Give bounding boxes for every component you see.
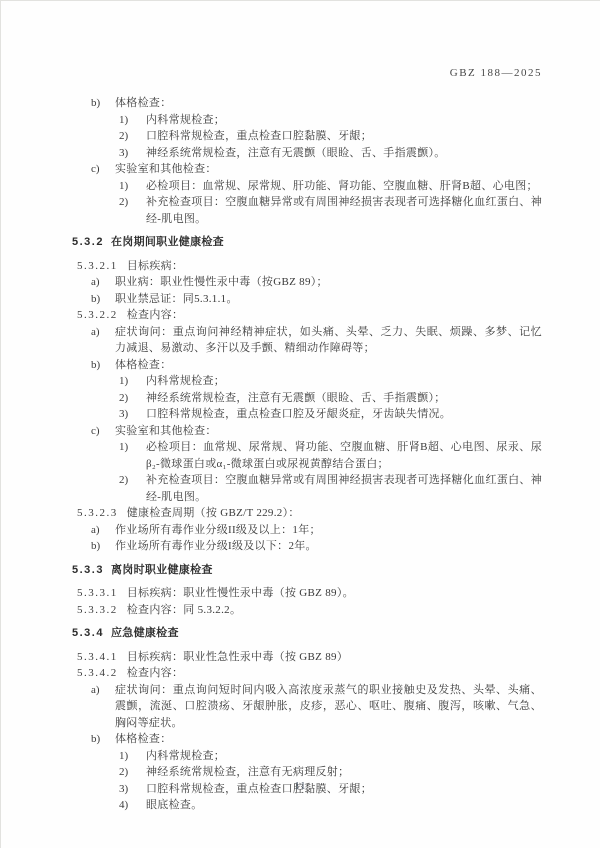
item-text: 应急健康检查: [111, 625, 179, 642]
clause-number: 5.3.4.1: [77, 649, 118, 666]
lettered-list-item: a)作业场所有毒作业分级II级及以上：1年；: [91, 522, 542, 539]
item-label: b): [91, 731, 115, 748]
item-text: 职业病：职业性慢性汞中毒（按GBZ 89）；: [115, 274, 328, 291]
subsection-heading: 5.3.2.3健康检查周期（按 GBZ/T 229.2）：: [77, 505, 542, 522]
lettered-list-item: c)实验室和其他检查：: [91, 161, 542, 178]
item-text: 神经系统常规检查，注意有无震颤（眼睑、舌、手指震颤）。: [146, 145, 446, 162]
item-text: 目标疾病：职业性慢性汞中毒（按 GBZ 89）。: [127, 585, 354, 602]
item-label: 3): [119, 406, 146, 423]
item-text: 作业场所有毒作业分级I级及以下：2年。: [115, 538, 317, 555]
item-label: 1): [119, 439, 146, 456]
numbered-list-item: 2)补充检查项目：空腹血糖异常或有周围神经损害表现者可选择糖化血红蛋白、神经-肌…: [119, 472, 542, 505]
page-number: 11: [1, 781, 600, 792]
lettered-list-item: b)体格检查：: [91, 95, 542, 112]
item-text: 目标疾病：职业性急性汞中毒（按 GBZ 89）: [127, 649, 348, 666]
item-label: a): [91, 274, 115, 291]
item-text: 实验室和其他检查：: [115, 161, 217, 178]
item-text: 症状询问：重点询问神经精神症状，如头痛、头晕、乏力、失眠、烦躁、多梦、记忆力减退…: [115, 324, 542, 357]
item-text: 体格检查：: [115, 95, 172, 112]
item-text: 离岗时职业健康检查: [111, 562, 213, 579]
item-text: 补充检查项目：空腹血糖异常或有周围神经损害表现者可选择糖化血红蛋白、神经-肌电图…: [146, 194, 542, 227]
item-label: c): [91, 423, 115, 440]
lettered-list-item: b)体格检查：: [91, 357, 542, 374]
item-label: b): [91, 538, 115, 555]
subsection-heading: 5.3.2.1目标疾病：: [77, 258, 542, 275]
item-text: 体格检查：: [115, 731, 172, 748]
item-label: 3): [119, 145, 146, 162]
item-text: 必检项目：血常规、尿常规、肝功能、肾功能、空腹血糖、肝肾B超、心电图；: [146, 178, 538, 195]
item-text: 症状询问：重点询问短时间内吸入高浓度汞蒸气的职业接触史及发热、头晕、头痛、震颤，…: [115, 682, 542, 732]
subsection-heading: 5.3.2.2检查内容：: [77, 307, 542, 324]
numbered-list-item: 3)口腔科常规检查，重点检查口腔及牙龈炎症，牙齿缺失情况。: [119, 406, 542, 423]
item-text: 目标疾病：: [127, 258, 184, 275]
item-label: b): [91, 95, 115, 112]
numbered-list-item: 1)内科常规检查；: [119, 373, 542, 390]
numbered-list-item: 1)必检项目：血常规、尿常规、肾功能、空腹血糖、肝肾B超、心电图、尿汞、尿β₂-…: [119, 439, 542, 472]
section-heading: 5.3.3离岗时职业健康检查: [72, 562, 542, 579]
lettered-list-item: b)职业禁忌证：同5.3.1.1。: [91, 291, 542, 308]
item-text: 职业禁忌证：同5.3.1.1。: [115, 291, 238, 308]
item-text: 检查内容：: [127, 307, 184, 324]
clause-number: 5.3.3: [72, 562, 104, 579]
clause-number: 5.3.2: [72, 234, 104, 251]
document-body: b)体格检查：1)内科常规检查；2)口腔科常规检查，重点检查口腔黏膜、牙龈；3)…: [1, 95, 542, 814]
section-heading: 5.3.4应急健康检查: [72, 625, 542, 642]
numbered-list-item: 1)内科常规检查；: [119, 748, 542, 765]
item-text: 内科常规检查；: [146, 748, 225, 765]
lettered-list-item: b)作业场所有毒作业分级I级及以下：2年。: [91, 538, 542, 555]
item-label: 2): [119, 472, 146, 489]
item-text: 在岗期间职业健康检查: [111, 234, 224, 251]
item-text: 检查内容：: [127, 665, 184, 682]
lettered-list-item: a)症状询问：重点询问神经精神症状，如头痛、头晕、乏力、失眠、烦躁、多梦、记忆力…: [91, 324, 542, 357]
item-text: 补充检查项目：空腹血糖异常或有周围神经损害表现者可选择糖化血红蛋白、神经-肌电图…: [146, 472, 542, 505]
clause-number: 5.3.4.2: [77, 665, 118, 682]
numbered-list-item: 2)补充检查项目：空腹血糖异常或有周围神经损害表现者可选择糖化血红蛋白、神经-肌…: [119, 194, 542, 227]
item-text: 内科常规检查；: [146, 112, 225, 129]
numbered-list-item: 1)必检项目：血常规、尿常规、肝功能、肾功能、空腹血糖、肝肾B超、心电图；: [119, 178, 542, 195]
item-label: 1): [119, 373, 146, 390]
item-text: 口腔科常规检查，重点检查口腔及牙龈炎症，牙齿缺失情况。: [146, 406, 451, 423]
item-label: a): [91, 522, 115, 539]
clause-number: 5.3.2.2: [77, 307, 118, 324]
item-label: a): [91, 324, 115, 341]
numbered-list-item: 2)神经系统常规检查，注意有无病理反射；: [119, 764, 542, 781]
item-label: b): [91, 291, 115, 308]
item-label: 2): [119, 128, 146, 145]
item-label: 1): [119, 748, 146, 765]
numbered-list-item: 1)内科常规检查；: [119, 112, 542, 129]
item-text: 健康检查周期（按 GBZ/T 229.2）：: [127, 505, 300, 522]
item-label: b): [91, 357, 115, 374]
item-text: 作业场所有毒作业分级II级及以上：1年；: [115, 522, 321, 539]
item-label: 4): [119, 797, 146, 814]
standard-number-header: GBZ 188—2025: [450, 67, 542, 79]
subsection-heading: 5.3.3.2检查内容：同 5.3.2.2。: [77, 602, 542, 619]
item-label: c): [91, 161, 115, 178]
clause-number: 5.3.3.2: [77, 602, 118, 619]
numbered-list-item: 3)神经系统常规检查，注意有无震颤（眼睑、舌、手指震颤）。: [119, 145, 542, 162]
clause-number: 5.3.2.3: [77, 505, 118, 522]
clause-number: 5.3.4: [72, 625, 104, 642]
section-heading: 5.3.2在岗期间职业健康检查: [72, 234, 542, 251]
item-label: 2): [119, 764, 146, 781]
item-label: 2): [119, 390, 146, 407]
lettered-list-item: b)体格检查：: [91, 731, 542, 748]
subsection-heading: 5.3.4.2检查内容：: [77, 665, 542, 682]
subsection-heading: 5.3.3.1目标疾病：职业性慢性汞中毒（按 GBZ 89）。: [77, 585, 542, 602]
clause-number: 5.3.3.1: [77, 585, 118, 602]
item-label: 1): [119, 178, 146, 195]
lettered-list-item: c)实验室和其他检查：: [91, 423, 542, 440]
clause-number: 5.3.2.1: [77, 258, 118, 275]
document-page: GBZ 188—2025 b)体格检查：1)内科常规检查；2)口腔科常规检查，重…: [0, 0, 600, 848]
item-text: 眼底检查。: [146, 797, 203, 814]
item-text: 检查内容：同 5.3.2.2。: [127, 602, 242, 619]
item-label: a): [91, 682, 115, 699]
lettered-list-item: a)职业病：职业性慢性汞中毒（按GBZ 89）；: [91, 274, 542, 291]
numbered-list-item: 2)口腔科常规检查，重点检查口腔黏膜、牙龈；: [119, 128, 542, 145]
item-text: 神经系统常规检查，注意有无病理反射；: [146, 764, 349, 781]
item-text: 内科常规检查；: [146, 373, 225, 390]
numbered-list-item: 4)眼底检查。: [119, 797, 542, 814]
lettered-list-item: a)症状询问：重点询问短时间内吸入高浓度汞蒸气的职业接触史及发热、头晕、头痛、震…: [91, 682, 542, 732]
item-text: 口腔科常规检查，重点检查口腔黏膜、牙龈；: [146, 128, 372, 145]
item-text: 神经系统常规检查，注意有无震颤（眼睑、舌、手指震颤）；: [146, 390, 446, 407]
subsection-heading: 5.3.4.1目标疾病：职业性急性汞中毒（按 GBZ 89）: [77, 649, 542, 666]
item-text: 实验室和其他检查：: [115, 423, 217, 440]
item-text: 必检项目：血常规、尿常规、肾功能、空腹血糖、肝肾B超、心电图、尿汞、尿β₂-微球…: [146, 439, 542, 472]
item-text: 体格检查：: [115, 357, 172, 374]
numbered-list-item: 2)神经系统常规检查，注意有无震颤（眼睑、舌、手指震颤）；: [119, 390, 542, 407]
item-label: 1): [119, 112, 146, 129]
item-label: 2): [119, 194, 146, 211]
